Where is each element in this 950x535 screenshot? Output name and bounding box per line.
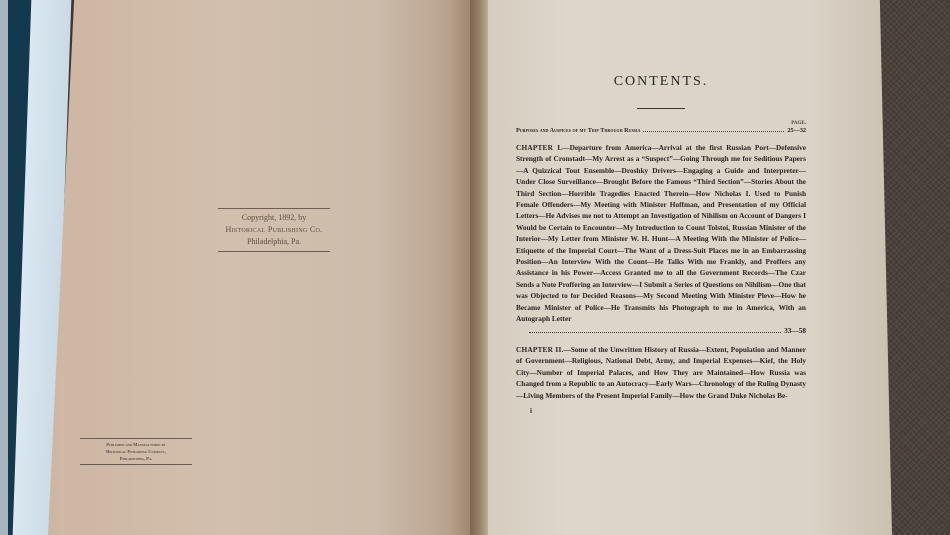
chapter-label: CHAPTER II. [516, 345, 564, 354]
table-of-contents: CONTENTS. PAGE. Purposes and Auspices of… [516, 70, 806, 415]
contents-title: CONTENTS. [516, 74, 806, 90]
publisher-city: Philadelphia, Pa. [218, 236, 330, 248]
toc-entry-intro: Purposes and Auspices of my Trip Through… [516, 127, 806, 134]
divider [218, 208, 330, 209]
publisher-name: Historical Publishing Co. [218, 224, 330, 236]
chapter-summary: —Departure from America—Arrival at the f… [516, 143, 806, 323]
leader-dots [529, 332, 781, 333]
entry-title: Purposes and Auspices of my Trip Through… [516, 127, 640, 134]
page-column-label: PAGE. [516, 121, 806, 126]
imprint-city: Philadelphia, Pa. [80, 455, 192, 462]
toc-entry-chapter-1: CHAPTER I.—Departure from America—Arriva… [516, 142, 806, 336]
entry-pages: 25—32 [787, 127, 806, 134]
toc-entry-chapter-2: CHAPTER II.—Some of the Unwritten Histor… [516, 344, 806, 401]
imprint-publisher: Historical Publishing Company, [80, 448, 192, 455]
title-divider [637, 108, 685, 109]
book-photo: Copyright, 1892, by Historical Publishin… [0, 0, 950, 535]
signature-mark: i [530, 407, 806, 415]
divider [80, 438, 192, 439]
imprint-line: Published and Manufactured by [80, 441, 192, 448]
chapter-pages: 33—58 [784, 325, 806, 336]
chapter-pages-row: 33—58 [516, 325, 806, 336]
divider [218, 251, 330, 252]
printer-imprint: Published and Manufactured by Historical… [80, 438, 192, 465]
divider [80, 464, 192, 465]
copyright-notice: Copyright, 1892, by Historical Publishin… [218, 208, 330, 252]
leader-dots [643, 131, 784, 132]
chapter-label: CHAPTER I. [516, 143, 562, 152]
copyright-line: Copyright, 1892, by [218, 212, 330, 224]
